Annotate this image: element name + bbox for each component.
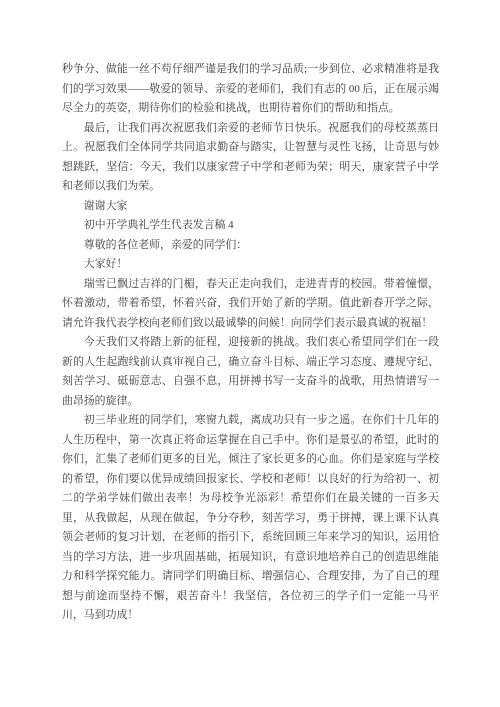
paragraph: 初三毕业班的同学们，寒窗九载，离成功只有一步之遥。在你们十几年的人生历程中，第一… [62,411,439,626]
paragraph: 最后，让我们再次祝愿我们亲爱的老师节日快乐。祝愿我们的母校蒸蒸日上。祝愿我们全体… [62,119,439,197]
document-page: 秒争分、做能一丝不苟仔细严谨是我们的学习品质;一步到位、必求精准将是我们的学习效… [0,0,500,707]
paragraph: 尊敬的各位老师，亲爱的同学们： [62,236,439,256]
paragraph: 今天我们又将踏上新的征程，迎接新的挑战。我们衷心希望同学们在一段新的人生起跑线前… [62,333,439,411]
paragraph: 大家好！ [62,255,439,275]
section-title: 初中开学典礼学生代表发言稿 4 [62,216,439,236]
paragraph: 瑞雪已飘过吉祥的门楣，春天正走向我们，走进青青的校园。带着憧憬，怀着激动，带着希… [62,275,439,334]
paragraph: 谢谢大家 [62,197,439,217]
paragraph: 秒争分、做能一丝不苟仔细严谨是我们的学习品质;一步到位、必求精准将是我们的学习效… [62,60,439,119]
document-body: 秒争分、做能一丝不苟仔细严谨是我们的学习品质;一步到位、必求精准将是我们的学习效… [62,60,439,626]
